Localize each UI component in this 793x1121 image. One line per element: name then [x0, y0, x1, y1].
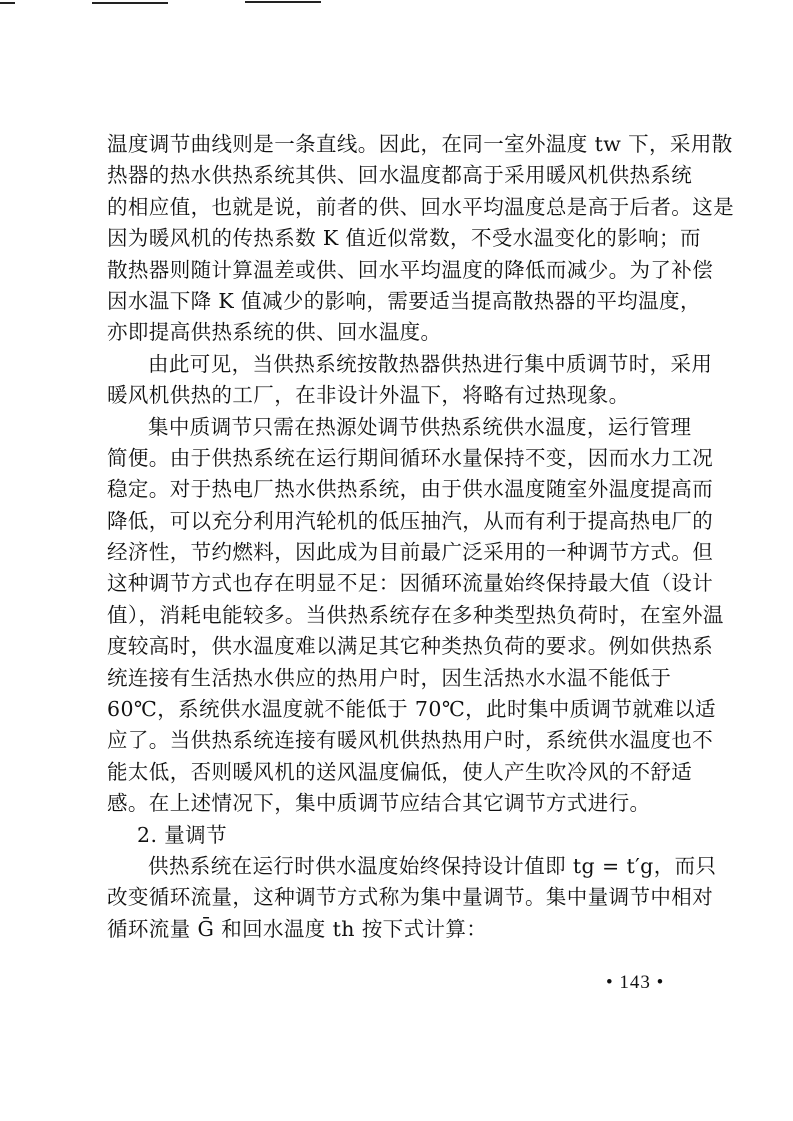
text-line: 暖风机供热的工厂，在非设计外温下，将略有过热现象。: [107, 380, 701, 411]
text-line: 能太低，否则暖风机的送风温度偏低，使人产生吹冷风的不舒适: [107, 757, 701, 788]
text-line: 因水温下降 K 值减少的影响，需要适当提高散热器的平均温度，: [107, 286, 701, 317]
text-line: 稳定。对于热电厂热水供热系统，由于供水温度随室外温度提高而: [107, 474, 701, 505]
text-line: 由此可见，当供热系统按散热器供热进行集中质调节时，采用: [107, 349, 701, 380]
text-line: 散热器则随计算温差或供、回水平均温度的降低而减少。为了补偿: [107, 255, 701, 286]
text-line: 热器的热水供热系统其供、回水温度都高于采用暖风机供热系统: [107, 160, 701, 191]
text-line: 降低，可以充分利用汽轮机的低压抽汽，从而有利于提高热电厂的: [107, 506, 701, 537]
top-rule-3: [245, 1, 321, 3]
text-line: 的相应值，也就是说，前者的供、回水平均温度总是高于后者。这是: [107, 192, 701, 223]
top-rule-1: [0, 2, 15, 4]
text-line: 值），消耗电能较多。当供热系统存在多种类型热负荷时，在室外温: [107, 600, 701, 631]
text-line: 经济性，节约燃料，因此成为目前最广泛采用的一种调节方式。但: [107, 537, 701, 568]
text-line: 统连接有生活热水供应的热用户时，因生活热水水温不能低于: [107, 663, 701, 694]
text-line: 因为暖风机的传热系数 K 值近似常数，不受水温变化的影响；而: [107, 223, 701, 254]
text-line: 供热系统在运行时供水温度始终保持设计值即 tg = t′g，而只: [107, 851, 701, 882]
text-line: 亦即提高供热系统的供、回水温度。: [107, 317, 701, 348]
text-line: 60℃，系统供水温度就不能低于 70℃，此时集中质调节就难以适: [107, 694, 701, 725]
text-line: 度较高时，供水温度难以满足其它种类热负荷的要求。例如供热系: [107, 631, 701, 662]
text-line: 感。在上述情况下，集中质调节应结合其它调节方式进行。: [107, 788, 701, 819]
text-line: 应了。当供热系统连接有暖风机供热热用户时，系统供水温度也不: [107, 725, 701, 756]
text-line: 这种调节方式也存在明显不足：因循环流量始终保持最大值（设计: [107, 568, 701, 599]
text-line: 简便。由于供热系统在运行期间循环水量保持不变，因而水力工况: [107, 443, 701, 474]
section-heading: 2. 量调节: [107, 820, 701, 851]
text-line: 循环流量 Ḡ 和回水温度 th 按下式计算：: [107, 914, 701, 945]
text-line: 集中质调节只需在热源处调节供热系统供水温度，运行管理: [107, 412, 701, 443]
text-line: 改变循环流量，这种调节方式称为集中量调节。集中量调节中相对: [107, 882, 701, 913]
text-line: 温度调节曲线则是一条直线。因此，在同一室外温度 tw 下，采用散: [107, 129, 701, 160]
page-number: • 143 •: [606, 972, 664, 994]
top-rule-2: [92, 2, 168, 4]
body-text: 温度调节曲线则是一条直线。因此，在同一室外温度 tw 下，采用散热器的热水供热系…: [107, 129, 701, 945]
